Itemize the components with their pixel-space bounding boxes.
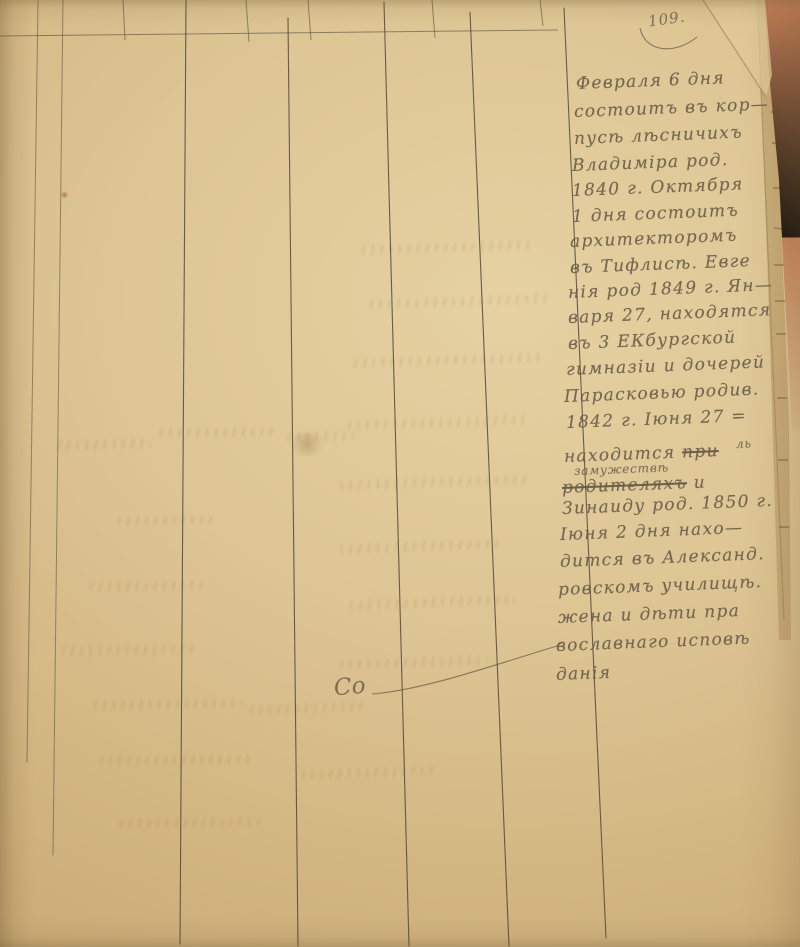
handwriting-text: Парасковью родив. [564,379,760,406]
bleedthrough-mark [248,702,366,715]
bleedthrough-mark [118,817,266,829]
bleedthrough-mark [98,755,256,767]
bleedthrough-mark [56,439,151,450]
binding-stitch-marks [771,112,789,527]
handwriting-text: ровскомъ училищѣ. [558,572,763,600]
handwriting-line: пусѣ лѣсничихъ [574,123,744,149]
ruled-column-lines [27,0,606,946]
manuscript-page-photo: 109. Февраля 6 днясостоитъ въ кор—пусѣ л… [0,0,800,947]
handwriting-line: въ 3 ЕКбургской [568,328,737,354]
handwriting-line: архитекторомъ [570,226,738,252]
bleedthrough-mark [60,645,195,656]
handwriting-text: пусѣ лѣсничихъ [574,123,744,149]
bleedthrough-mark [368,294,553,309]
handwriting-line: данія [556,663,612,685]
bleedthrough-mark [88,581,206,592]
bleedthrough-mark [338,539,503,554]
ruled-line [288,18,298,946]
bleedthrough-mark [92,699,242,711]
margin-mark: Со [333,673,367,702]
bleedthrough-mark [338,655,488,669]
struck-word: при [682,441,719,462]
page-number: 109. [647,7,687,30]
handwriting-text: въ 3 ЕКбургской [568,328,737,354]
handwriting-text: Февраля 6 дня [576,68,726,94]
handwriting-line: Владиміра род. [572,150,729,176]
handwriting-line: въ Тифлисѣ. Евге [570,251,752,278]
handwriting-text: 1 дня состоитъ [572,201,740,227]
handwriting-line: варя 27, находятся [568,300,772,328]
top-sheet-edge-line [0,30,558,36]
handwriting-line: вославнаго исповѣ [556,629,751,656]
handwriting-line: ль [736,436,752,451]
ruled-line [384,2,409,946]
handwriting-text: жена и дѣти пра [558,601,741,628]
bleedthrough-mark [360,240,535,255]
handwriting-text: 1840 г. Октября [572,174,744,201]
handwriting-text: варя 27, находятся [568,300,772,328]
handwriting-line: Іюня 2 дня нахо— [560,518,744,545]
bleedthrough-mark [346,415,531,430]
bleedthrough-mark [158,427,276,438]
handwriting-line: ровскомъ училищѣ. [558,572,763,600]
page-number-flourish [640,28,697,49]
handwriting-line: дится въ Александ. [560,544,766,572]
bleedthrough-mark [352,353,542,369]
ruled-line [27,0,38,762]
paper-stain [288,432,326,456]
bleedthrough-mark [116,515,214,526]
handwriting-line: состоитъ въ кор— [574,95,770,122]
bleedthrough-mark [348,595,516,610]
handwriting-line: 1 дня состоитъ [572,201,740,227]
handwriting-text: и [687,472,707,493]
bleedthrough-mark [338,475,533,491]
ink-stain [60,191,69,199]
ruled-line [470,12,509,946]
handwriting-text: 1842 г. Іюня 27 = [566,406,748,433]
handwriting-line: 1842 г. Іюня 27 = [566,406,748,433]
handwriting-text: архитекторомъ [570,226,738,252]
handwriting-line: нія род 1849 г. Ян— [568,275,774,303]
handwriting-line: Парасковью родив. [564,379,760,406]
handwriting-line: гимназіи и дочерей [566,352,766,380]
handwriting-text: состоитъ въ кор— [574,95,770,122]
handwriting-text: нія род 1849 г. Ян— [568,275,774,303]
handwriting-line: Февраля 6 дня [576,68,726,94]
handwriting-text: ль [736,436,752,451]
top-sheet-column-ticks [123,0,543,42]
handwriting-text: Іюня 2 дня нахо— [560,518,744,545]
handwriting-text: дится въ Александ. [560,544,766,572]
bleedthrough-mark [300,766,440,780]
handwriting-line: 1840 г. Октября [572,174,744,201]
handwriting-text: въ Тифлисѣ. Евге [570,251,752,278]
handwriting-text: гимназіи и дочерей [566,352,766,380]
handwriting-text: данія [556,663,612,685]
handwriting-text: вославнаго исповѣ [556,629,751,656]
margin-mark-tail [372,642,563,694]
cover-strip [765,0,800,432]
ruled-line [180,0,186,944]
handwriting-line: жена и дѣти пра [558,601,741,628]
handwriting-text: Владиміра род. [572,150,729,176]
ruled-line [53,0,63,855]
